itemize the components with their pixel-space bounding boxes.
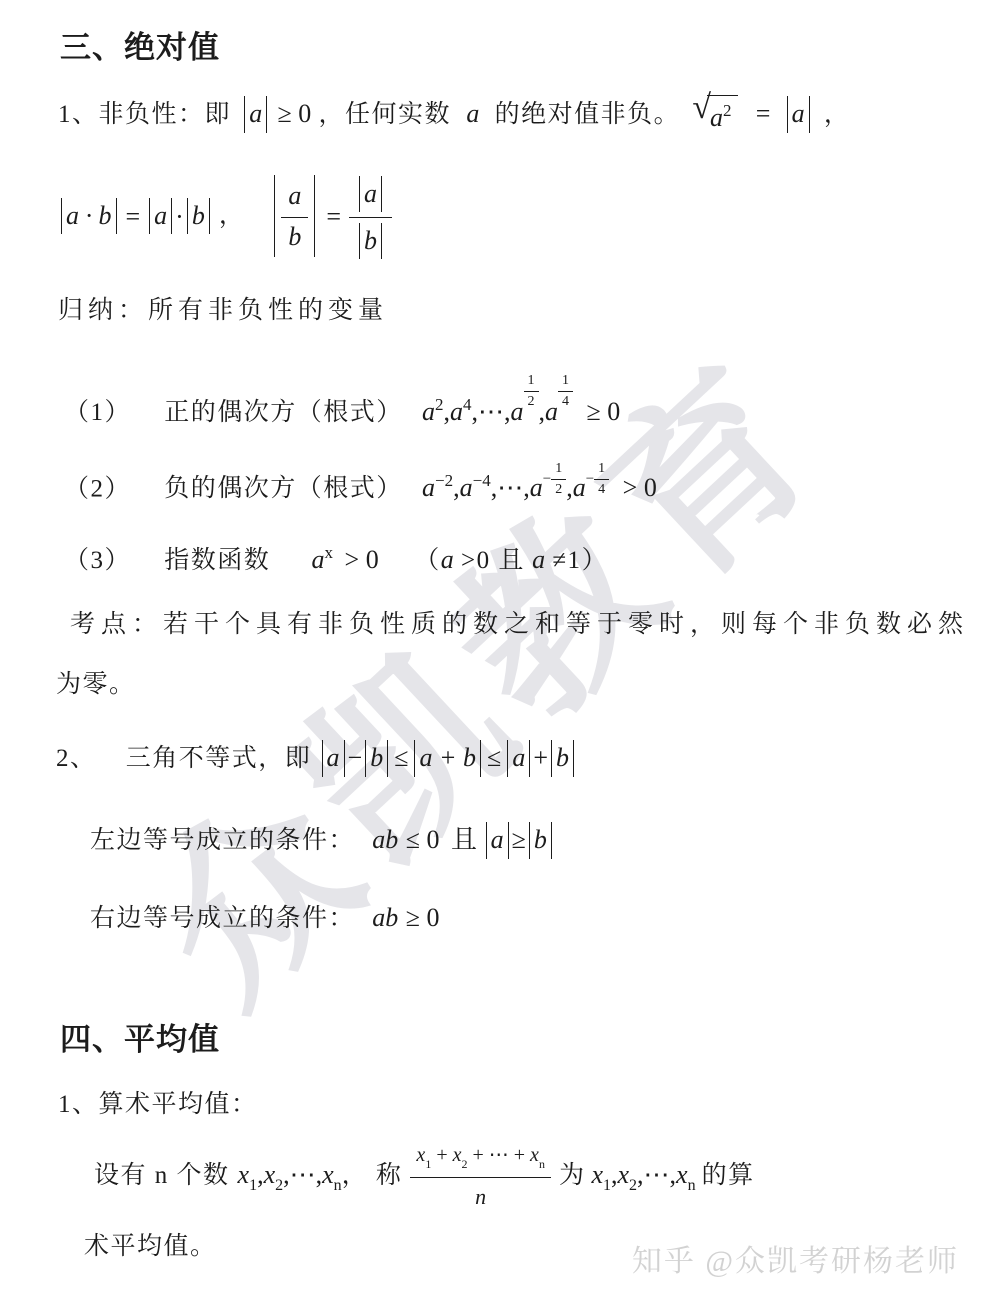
abs-a: a [149, 198, 172, 235]
exponent-neg-one-half: −12 [543, 460, 566, 499]
plus-sign: + [533, 743, 548, 772]
subscript-2: 2 [275, 1177, 283, 1194]
sup-frac-num: 1 [594, 460, 609, 480]
leq-sign: ≤ [394, 743, 408, 772]
abs-ab-product: a · b [61, 198, 117, 235]
math-var-x: x [322, 1160, 334, 1189]
list-item-positive-even-powers: （1） 正的偶次方（根式） a2,a4,⋯,a12,a14 ≥ 0 [64, 372, 620, 432]
exponent-4: 4 [463, 395, 472, 414]
item2-formula: a−2,a−4,⋯,a−12,a−14 > 0 [422, 473, 657, 502]
cond-gt0-and: >0 且 [461, 547, 525, 574]
item3-condition: （a >0 且 a ≠1） [414, 547, 608, 574]
item1-formula: a2,a4,⋯,a12,a14 ≥ 0 [422, 397, 620, 426]
subscript-1: 1 [603, 1177, 611, 1194]
cdots: ,⋯, [491, 473, 530, 502]
fraction-abs-a-over-abs-b: a b [349, 173, 392, 260]
math-var-b: b [192, 201, 205, 230]
plus-sign: + [436, 1144, 447, 1166]
abs-a: a [359, 176, 382, 213]
exponent-2: 2 [723, 101, 732, 120]
math-var-a: a [422, 397, 435, 426]
item1-label: （1） [64, 399, 131, 426]
fraction-numerator-a: a [281, 179, 308, 218]
math-var-b: b [556, 743, 569, 772]
sup-frac: 12 [551, 460, 566, 499]
equals-sign: = [126, 197, 141, 236]
geq-zero: ≥ 0 [406, 903, 440, 932]
fraction-denominator-b: b [281, 218, 308, 254]
cond-neq1: ≠1 [552, 547, 581, 574]
leftcond-formula: ab ≤ 0 且a≥b [372, 825, 555, 854]
para-arithmetic-mean-definition: 设有 n 个数 x1,x2,⋯,xn ， 称 x1 + x2 + ⋯ + xn … [94, 1134, 755, 1218]
list-item-negative-even-powers: （2） 负的偶次方（根式） a−2,a−4,⋯,a−12,a−14 > 0 [64, 460, 657, 508]
subscript-n: n [334, 1177, 342, 1194]
nonneg-text-mid: ，任何实数 [319, 101, 452, 128]
comma: ， [824, 101, 851, 128]
exponent-one-quarter: 14 [558, 372, 573, 411]
para-triangle-inequality: 2、 三角不等式，即 a−b≤a + b≤a+b [56, 738, 577, 778]
geq-zero: ≥ 0 [587, 397, 621, 426]
nonneg-text-tail: 的绝对值非负。 [495, 101, 681, 128]
abs-a-plus-b: a + b [414, 740, 481, 777]
nonneg-text-lead: 1、非负性：即 [58, 101, 231, 128]
comma: ， [219, 197, 246, 235]
abs-a: a [507, 740, 530, 777]
math-var-x: x [264, 1160, 276, 1189]
math-var-b: b [364, 226, 377, 255]
cdots: ⋯ [644, 1160, 670, 1189]
cdots: ⋯ [489, 1144, 509, 1166]
radical-sign-icon: √ [692, 91, 711, 125]
document-page: 众凯教育 三、绝对值 1、非负性：即 a ≥ 0 ，任何实数 a 的绝对值非负。… [0, 0, 987, 1296]
geq-sign: ≥ [512, 825, 526, 854]
def-text-cheng: ， 称 [342, 1157, 403, 1195]
math-var-a: a [532, 545, 545, 574]
sup-frac-den: 2 [524, 392, 539, 411]
math-var-a: a [792, 99, 805, 128]
para-induction: 归纳：所有非负性的变量 [58, 292, 388, 330]
math-var-a: a [364, 179, 377, 208]
math-var-a: a [466, 99, 479, 128]
abs-a-formula: a [787, 96, 810, 133]
abs-b: b [187, 198, 210, 235]
keypoint-text-line1: 考点：若干个具有非负性质的数之和等于零时，则每个非负数必然 [70, 611, 969, 638]
heading-average: 四、平均值 [60, 1014, 220, 1059]
triangle-text: 三角不等式，即 [126, 745, 312, 772]
subscript-1: 1 [249, 1177, 257, 1194]
item3-label: （3） [64, 547, 131, 574]
para-arithmetic-mean-label: 1、算术平均值： [58, 1086, 258, 1124]
abs-b: b [365, 740, 388, 777]
exponent-neg-4: −4 [473, 471, 491, 490]
formula-product-quotient: a · b = a · b ， a b = a b [58, 168, 392, 264]
fraction-mean-denominator: n [410, 1178, 551, 1213]
sqrt-a-squared-formula: √ a2 [692, 95, 737, 137]
sup-frac-num: 1 [551, 460, 566, 480]
item2-label: （2） [64, 475, 131, 502]
exponent-2: 2 [435, 395, 444, 414]
math-var-x: x [416, 1144, 425, 1166]
dot-operator: · [175, 197, 184, 236]
list-item-exponential-function: （3） 指数函数 ax > 0 （a >0 且 a ≠1） [64, 540, 608, 580]
triangle-formula: a−b≤a + b≤a+b [319, 743, 577, 772]
minus-sign: − [586, 468, 594, 491]
math-var-a: a [460, 473, 473, 502]
math-var-x: x [676, 1160, 688, 1189]
cdots: ,⋯, [472, 397, 511, 426]
def-text-desuan: 的算 [702, 1157, 755, 1195]
abs-a-formula: a [244, 96, 267, 133]
math-var-a: a [511, 397, 524, 426]
math-expr-ab: ab [372, 903, 398, 932]
math-var-a: a [450, 397, 463, 426]
exponent-x: x [325, 543, 334, 562]
sup-frac: 14 [594, 460, 609, 499]
sup-frac-num: 1 [558, 372, 573, 392]
math-var-a: a [573, 473, 586, 502]
math-expr-ab: ab [372, 825, 398, 854]
cdots: ⋯ [290, 1160, 316, 1189]
math-var-b: b [534, 825, 547, 854]
fraction-mean: x1 + x2 + ⋯ + xn n [410, 1140, 551, 1213]
math-var-x: x [618, 1160, 630, 1189]
leq-sign: ≤ [487, 743, 501, 772]
equals-sign: = [756, 99, 771, 128]
subscript-n: n [688, 1177, 696, 1194]
def-text-lead: 设有 n 个数 [94, 1157, 230, 1195]
fraction-denominator-abs-b: b [349, 218, 392, 260]
math-var-a: a [249, 99, 262, 128]
sup-frac-den: 4 [558, 392, 573, 411]
para-left-equality-condition: 左边等号成立的条件： ab ≤ 0 且a≥b [90, 820, 555, 860]
paren-close: ） [582, 547, 609, 574]
fraction-numerator-abs-a: a [349, 173, 392, 218]
math-var-a: a [530, 473, 543, 502]
math-var-a: a [710, 103, 723, 132]
plus-sign: + [472, 1144, 483, 1166]
rightcond-text: 右边等号成立的条件： [90, 905, 355, 932]
abs-b: b [359, 223, 382, 260]
abs-b: b [551, 740, 574, 777]
math-var-a: a [545, 397, 558, 426]
abs-a: a [322, 740, 345, 777]
document-content: 三、绝对值 1、非负性：即 a ≥ 0 ，任何实数 a 的绝对值非负。 √ a2… [0, 0, 987, 1296]
math-expr-a-plus-b: a + b [419, 743, 476, 772]
math-var-a: a [491, 825, 504, 854]
geq-zero: ≥ 0 [278, 99, 312, 128]
fraction-mean-numerator: x1 + x2 + ⋯ + xn [410, 1140, 551, 1178]
sup-frac-den: 2 [551, 480, 566, 499]
exponent-neg-2: −2 [435, 471, 453, 490]
sup-frac-den: 4 [594, 480, 609, 499]
radicand: a2 [707, 95, 738, 137]
minus-sign: − [543, 468, 551, 491]
def-text-line2: 术平均值。 [84, 1233, 217, 1260]
exponent-neg-one-quarter: −14 [586, 460, 609, 499]
subscript-1: 1 [425, 1157, 431, 1171]
sequence-x1-xn: x1,x2,⋯,xn [591, 1155, 695, 1198]
paren-open: （ [414, 547, 441, 574]
leq-zero: ≤ 0 [406, 825, 440, 854]
para-keypoint-line1: 考点：若干个具有非负性质的数之和等于零时，则每个非负数必然 [70, 606, 969, 644]
triangle-label: 2、 [56, 745, 97, 772]
sequence-x1-xn: x1,x2,⋯,xn [238, 1155, 342, 1198]
para-right-equality-condition: 右边等号成立的条件： ab ≥ 0 [90, 898, 440, 938]
gt-zero: > 0 [345, 545, 379, 574]
gt-zero: > 0 [623, 473, 657, 502]
fraction-a-over-b: a b [281, 179, 308, 253]
math-expr-ab: a · b [66, 201, 112, 230]
math-var-a: a [441, 545, 454, 574]
item1-text: 正的偶次方（根式） [164, 399, 403, 426]
equals-sign: = [326, 197, 341, 236]
item3-text: 指数函数 [164, 547, 270, 574]
abs-b: b [529, 822, 552, 859]
item2-text: 负的偶次方（根式） [164, 475, 403, 502]
arithmetic-mean-label-text: 1、算术平均值： [58, 1091, 258, 1118]
para-nonnegativity: 1、非负性：即 a ≥ 0 ，任何实数 a 的绝对值非负。 √ a2 = a ， [58, 94, 850, 137]
math-var-x: x [238, 1160, 250, 1189]
sup-frac-num: 1 [524, 372, 539, 392]
footer-credit: 知乎 @众凯考研杨老师 [632, 1236, 959, 1280]
para-arithmetic-mean-definition-line2: 术平均值。 [84, 1228, 217, 1266]
leftcond-text: 左边等号成立的条件： [90, 827, 355, 854]
rightcond-formula: ab ≥ 0 [372, 903, 439, 932]
math-var-a: a [154, 201, 167, 230]
def-text-wei: 为 [559, 1157, 586, 1195]
subscript-2: 2 [461, 1157, 467, 1171]
exponent-one-half: 12 [524, 372, 539, 411]
heading-absolute-value: 三、绝对值 [60, 22, 220, 67]
minus-sign: − [348, 743, 363, 772]
para-keypoint-line2: 为零。 [56, 666, 136, 704]
abs-a: a [486, 822, 509, 859]
plus-sign: + [514, 1144, 525, 1166]
abs-fraction-a-over-b: a b [274, 175, 315, 257]
math-var-a: a [512, 743, 525, 772]
math-var-a: a [312, 545, 325, 574]
item3-formula: ax > 0 [312, 545, 387, 574]
math-var-x: x [591, 1160, 603, 1189]
and-text: 且 [451, 825, 479, 854]
math-var-a: a [422, 473, 435, 502]
math-var-x: x [530, 1144, 539, 1166]
induction-text: 归纳：所有非负性的变量 [58, 297, 388, 324]
subscript-2: 2 [629, 1177, 637, 1194]
subscript-n: n [539, 1157, 545, 1171]
math-var-a: a [327, 743, 340, 772]
keypoint-text-line2: 为零。 [56, 671, 136, 698]
math-var-b: b [370, 743, 383, 772]
